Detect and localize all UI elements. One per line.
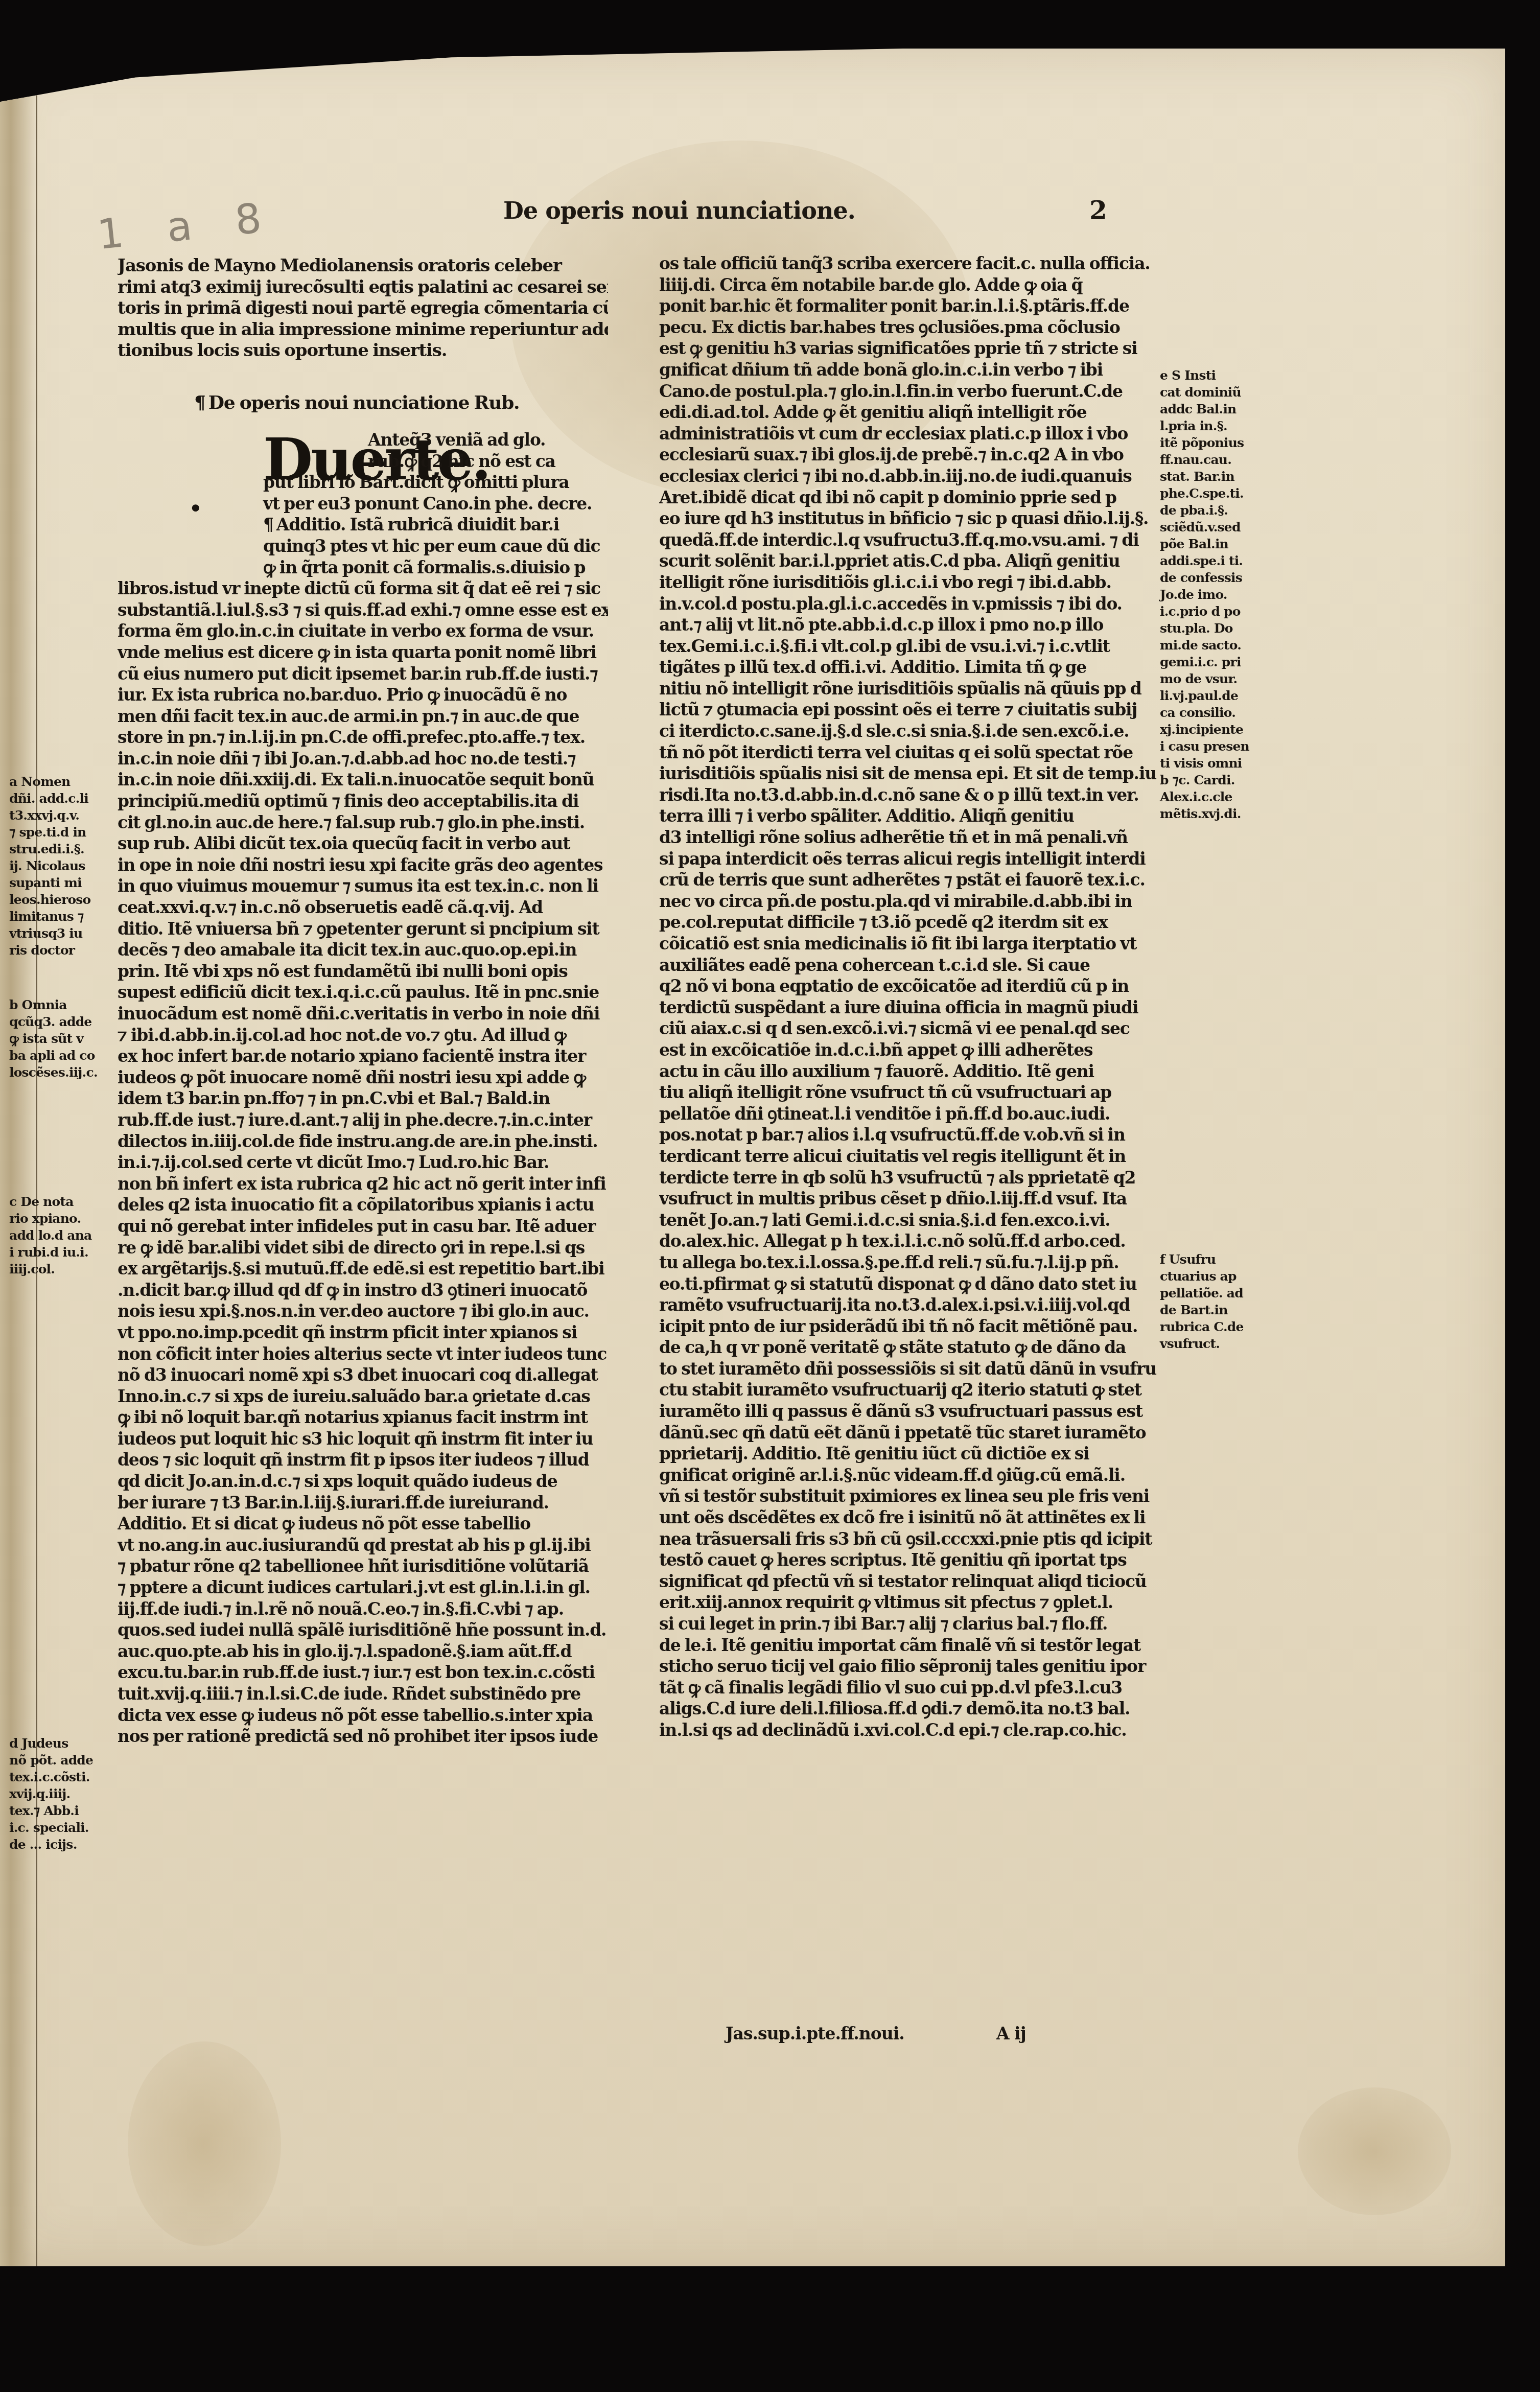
text-line: sticho seruo ticij vel gaio filio sẽpron… <box>659 1656 1170 1677</box>
text-line: in ope in noie dñi nostri iesu xpi facit… <box>118 854 608 876</box>
text-line: tigãtes p illũ tex.d offi.i.vi. Additio.… <box>659 657 1170 678</box>
text-line: d3 intelligi rõne solius adherẽtie tñ et… <box>659 827 1170 848</box>
text-line: cit gl.no.in auc.de here.⁊ fal.sup rub.⁊… <box>118 812 608 833</box>
text-line: inuocãdum est nomẽ dñi.c.veritatis in ve… <box>118 1003 608 1025</box>
text-line: dãnũ.sec qñ datũ eẽt dãnũ i ppetatẽ tũc … <box>659 1422 1170 1444</box>
text-line: Additio. Et si dicat ꝙ iudeus nõ põt ess… <box>118 1513 608 1535</box>
margin-line: ⁊ spe.ti.d in <box>9 824 111 841</box>
signature-mark: A ij <box>996 2024 1026 2043</box>
margin-line: põe Bal.in <box>1160 536 1262 552</box>
margin-line: cat dominiũ <box>1160 384 1262 401</box>
text-line: de le.i. Itẽ genitiu importat cãm finalẽ… <box>659 1635 1170 1656</box>
margin-line: i casu presen <box>1160 738 1262 755</box>
text-line: cõicatiõ est snia medicinalis iõ fit ibi… <box>659 933 1170 955</box>
margin-line: mẽtis.xvj.di. <box>1160 805 1262 822</box>
text-line: ber iurare ⁊ t3 Bar.in.l.iij.§.iurari.ff… <box>118 1492 608 1514</box>
margin-line: de ... icijs. <box>9 1836 111 1853</box>
text-line <box>659 1741 1170 1762</box>
margin-line: itẽ põponius <box>1160 434 1262 451</box>
margin-line: addc Bal.in <box>1160 401 1262 417</box>
margin-line: li.vj.paul.de <box>1160 687 1262 704</box>
text-line: tex.Gemi.i.c.i.§.fi.i vlt.col.p gl.ibi d… <box>659 636 1170 657</box>
margin-line: rio xpiano. <box>9 1210 111 1227</box>
margin-line: stat. Bar.in <box>1160 468 1262 485</box>
text-line: supest edificiũ dicit tex.i.q.i.c.cũ pau… <box>118 982 608 1003</box>
text-line: terdicte terre in qb solũ h3 vsufructũ ⁊… <box>659 1167 1170 1189</box>
margin-line: de confessis <box>1160 569 1262 586</box>
text-line: Aret.ibidẽ dicat qd ibi nõ capit p domin… <box>659 487 1170 508</box>
text-line: tu allega bo.tex.i.l.ossa.§.pe.ff.d reli… <box>659 1252 1170 1273</box>
margin-line: b Omnia <box>9 996 111 1013</box>
margin-note-e: e S Insti cat dominiũ addc Bal.in l.pria… <box>1160 367 1262 822</box>
text-line: cũ eius numero put dicit ipsemet bar.in … <box>118 663 608 685</box>
text-line: administratiõis vt cum dr ecclesiax plat… <box>659 423 1170 445</box>
text-line: eo iure qd h3 institutus in bñficio ⁊ si… <box>659 508 1170 529</box>
margin-line: stu.pla. Do <box>1160 620 1262 637</box>
text-line: pprietarij. Additio. Itẽ genitiu iũct cũ… <box>659 1443 1170 1465</box>
paragraph-mark-icon: ¶ <box>263 515 273 535</box>
margin-line: xj.incipiente <box>1160 721 1262 738</box>
margin-line: ff.nau.cau. <box>1160 451 1262 468</box>
text-line: in quo viuimus mouemur ⁊ sumus ita est t… <box>118 875 608 897</box>
side-line: rub.ꝙ q2 hic nõ est ca <box>118 451 555 471</box>
margin-line: gemi.i.c. pri <box>1160 654 1262 670</box>
text-line: iurisditiõis spũalis nisi sit de mensa e… <box>659 763 1170 784</box>
text-line: ci iterdicto.c.sane.ij.§.d sle.c.si snia… <box>659 721 1170 742</box>
text-line: icipit pnto de iur psiderãdũ ibi tñ nõ f… <box>659 1316 1170 1337</box>
text-line: significat qd pfectũ vñ si testator reli… <box>659 1571 1170 1592</box>
text-line: unt oẽs dscẽdẽtes ex dcõ fre i isinitũ n… <box>659 1507 1170 1528</box>
margin-line: l.pria in.§. <box>1160 417 1262 434</box>
title-line: rimi atq3 eximij iurecõsulti eqtis palat… <box>118 277 608 298</box>
margin-line: mo de vsur. <box>1160 670 1262 687</box>
text-line: to stet iuramẽto dñi possessiõis si sit … <box>659 1358 1170 1380</box>
rubric-text: De operis noui nunciatione Rub. <box>208 392 520 413</box>
margin-line: limitanus ⁊ <box>9 908 111 925</box>
margin-line: f Usufru <box>1160 1251 1262 1268</box>
text-line: lictũ ⁊ ꝯtumacia epi possint oẽs ei terr… <box>659 699 1170 721</box>
text-line: pecu. Ex dictis bar.habes tres ꝯclusiões… <box>659 317 1170 338</box>
text-line: deles q2 ista inuocatio fit a cõpilatori… <box>118 1194 608 1216</box>
text-line: pos.notat p bar.⁊ alios i.l.q vsufructũ.… <box>659 1124 1170 1146</box>
margin-note-a: a Nomen dñi. add.c.li t3.xxvj.q.v. ⁊ spe… <box>9 773 111 959</box>
margin-note-f: f Usufru ctuarius ap pellatiõe. ad de Ba… <box>1160 1251 1262 1352</box>
folio-number: 2 <box>1089 195 1107 225</box>
margin-line: e S Insti <box>1160 367 1262 384</box>
text-line: tuit.xvij.q.iiii.⁊ in.l.si.C.de iude. Rñ… <box>118 1683 608 1705</box>
text-line: in.l.si qs ad declinãdũ i.xvi.col.C.d ep… <box>659 1720 1170 1741</box>
margin-line: dñi. add.c.li <box>9 790 111 807</box>
margin-line: loscẽses.iij.c. <box>9 1064 111 1081</box>
text-line: terdictũ suspẽdant a iure diuina officia… <box>659 997 1170 1018</box>
text-line: tenẽt Jo.an.⁊ lati Gemi.i.d.c.si snia.§.… <box>659 1210 1170 1231</box>
text-line: vt no.ang.in auc.iusiurandũ qd prestat a… <box>118 1535 608 1556</box>
text-line: vñ si testõr substituit pximiores ex lin… <box>659 1485 1170 1507</box>
margin-line: tex.⁊ Abb.i <box>9 1802 111 1819</box>
margin-line: addi.spe.i ti. <box>1160 552 1262 569</box>
text-line: substantiã.l.iul.§.s3 ⁊ si quis.ff.ad ex… <box>118 599 608 621</box>
text-line: in.c.in noie dñi.xxiij.di. Ex tali.n.inu… <box>118 769 608 791</box>
rubric-heading: ¶De operis noui nunciatione Rub. <box>194 392 608 418</box>
text-line: store in pn.⁊ in.l.ij.in pn.C.de offi.pr… <box>118 727 608 748</box>
text-line: ꝙ in q̃rta ponit cã formalis.s.diuisio p <box>118 557 608 578</box>
text-line: actu in cãu illo auxilium ⁊ fauorẽ. Addi… <box>659 1061 1170 1082</box>
text-line: do.alex.hic. Allegat p h tex.i.l.i.c.nõ … <box>659 1230 1170 1252</box>
text-line: auc.quo.pte.ab his in glo.ij.⁊.l.spadonẽ… <box>118 1641 608 1662</box>
text-line <box>659 1783 1170 1805</box>
text-line: excu.tu.bar.in rub.ff.de iust.⁊ iur.⁊ es… <box>118 1662 608 1683</box>
title-line: tionibus locis suis oportune insertis. <box>118 340 608 362</box>
margin-line: ris doctor <box>9 942 111 959</box>
text-line: ditio. Itẽ vniuersa bñ ⁊ ꝯpetenter gerun… <box>118 918 608 940</box>
text-line: gnificat originẽ ar.l.i.§.nũc videam.ff.… <box>659 1465 1170 1486</box>
paragraph-mark-icon: ¶ <box>194 392 205 413</box>
text-line: .n.dicit bar.ꝙ illud qd df ꝙ in instro d… <box>118 1280 608 1301</box>
text-line: ex hoc infert bar.de notario xpiano faci… <box>118 1046 608 1067</box>
left-column: Jasonis de Mayno Mediolanensis oratoris … <box>118 256 608 1747</box>
text-line: itelligit rõne iurisditiõis gl.i.c.i.i v… <box>659 572 1170 593</box>
margin-line: Alex.i.c.cle <box>1160 788 1262 805</box>
text-line: in.c.in noie dñi ⁊ ibi Jo.an.⁊.d.abb.ad … <box>118 748 608 770</box>
margin-line: d Judeus <box>9 1735 111 1752</box>
margin-line: ctuarius ap <box>1160 1268 1262 1285</box>
text-line: re ꝙ idẽ bar.alibi videt sibi de directo… <box>118 1237 608 1259</box>
margin-line: add lo.d ana <box>9 1227 111 1244</box>
text-line: ramẽto vsufructuarij.ita no.t3.d.alex.i.… <box>659 1294 1170 1316</box>
margin-note-d: d Judeus nõ põt. adde tex.i.c.cõsti. xvi… <box>9 1735 111 1853</box>
text-line: iudeos put loquit hic s3 hic loquit qñ i… <box>118 1428 608 1450</box>
text-line: decẽs ⁊ deo amabale ita dicit tex.in auc… <box>118 939 608 961</box>
text-line: dilectos in.iiij.col.de fide instru.ang.… <box>118 1131 608 1152</box>
text-line: quos.sed iudei nullã spãlẽ iurisditiõnẽ … <box>118 1619 608 1641</box>
spacer <box>118 362 608 392</box>
text-line: auxiliãtes eadẽ pena cohercean t.c.i.d s… <box>659 955 1170 976</box>
text-line <box>659 1762 1170 1783</box>
margin-line: rubrica C.de <box>1160 1318 1262 1335</box>
margin-line: ba apli ad co <box>9 1047 111 1064</box>
text-line: sup rub. Alibi dicũt tex.oia quecũq faci… <box>118 833 608 854</box>
margin-line: vsufruct. <box>1160 1335 1262 1352</box>
text-line: si papa interdicit oẽs terras alicui reg… <box>659 848 1170 870</box>
initial-row: • vt per eu3 ponunt Cano.in phe. decre. <box>118 493 608 515</box>
text-line: os tale officiũ tanq̃3 scriba exercere f… <box>659 253 1170 274</box>
text-line: quinq3 ptes vt hic per eum caue dũ dic <box>118 536 608 557</box>
text-line: qui nõ gerebat inter infideles put in ca… <box>118 1216 608 1237</box>
initial-row: rub.ꝙ q2 hic nõ est ca <box>118 451 608 472</box>
text-line: nos per rationẽ predictã sed nõ prohibet… <box>118 1726 608 1747</box>
title-block: Jasonis de Mayno Mediolanensis oratoris … <box>118 256 608 362</box>
margin-line: leos.hieroso <box>9 891 111 908</box>
text-line: men dñi facit tex.in auc.de armi.in pn.⁊… <box>118 706 608 727</box>
margin-line: iiij.col. <box>9 1261 111 1278</box>
text-line: pellatõe dñi ꝯtineat.l.i venditõe i pñ.f… <box>659 1103 1170 1125</box>
text-line: nitiu nõ intelligit rõne iurisditiõis sp… <box>659 678 1170 700</box>
text-line: rub.ff.de iust.⁊ iure.d.ant.⁊ alij in ph… <box>118 1109 608 1131</box>
text-line: testõ cauet ꝙ heres scriptus. Itẽ geniti… <box>659 1549 1170 1571</box>
title-line: multis que in alia impressione minime re… <box>118 319 608 341</box>
text-line: ꝙ ibi nõ loquit bar.qñ notarius xpianus … <box>118 1407 608 1428</box>
text-line: ex argẽtarijs.§.si mutuũ.ff.de edẽ.si es… <box>118 1258 608 1280</box>
text-line: tiu aliqñ itelligit rõne vsufruct tñ cũ … <box>659 1082 1170 1103</box>
text-line: ⁊ pbatur rõne q2 tabellionee hñt iurisdi… <box>118 1555 608 1577</box>
margin-line: tex.i.c.cõsti. <box>9 1769 111 1785</box>
margin-line: xvij.q.iiij. <box>9 1785 111 1802</box>
margin-line: Jo.de imo. <box>1160 586 1262 603</box>
foxing-spots <box>1298 2087 1451 2215</box>
text-line: si cui leget in prin.⁊ ibi Bar.⁊ alij ⁊ … <box>659 1613 1170 1635</box>
text-line: liiij.di. Circa ẽm notabile bar.de glo. … <box>659 274 1170 296</box>
text-line: ceat.xxvi.q.v.⁊ in.c.nõ obseruetis eadẽ … <box>118 897 608 918</box>
text-line: ecclesiax clerici ⁊ ibi no.d.abb.in.iij.… <box>659 466 1170 487</box>
text-line: non cõficit inter hoies alterius secte v… <box>118 1343 608 1365</box>
right-column: os tale officiũ tanq̃3 scriba exercere f… <box>659 253 1170 1804</box>
catchword: Jas.sup.i.pte.ff.noui. <box>726 2024 904 2043</box>
margin-line: ca consilio. <box>1160 704 1262 721</box>
text-line: principiũ.mediũ optimũ ⁊ finis deo accep… <box>118 791 608 812</box>
margin-line: qcũq3. adde <box>9 1013 111 1030</box>
text-line: ecclesiarũ suax.⁊ ibi glos.ij.de prebẽ.⁊… <box>659 444 1170 466</box>
text-line: libros.istud vr inepte dictũ cũ forma si… <box>118 578 608 599</box>
text-line: tñ nõ põt iterdicti terra vel ciuitas q … <box>659 742 1170 763</box>
text-line: de ca,h q vr ponẽ veritatẽ ꝙ stãte statu… <box>659 1337 1170 1358</box>
margin-line: t3.xxvj.q.v. <box>9 807 111 824</box>
text-line: ⁊ pptere a dicunt iudices cartulari.j.vt… <box>118 1577 608 1598</box>
text-line: deos ⁊ sic loquit qñ instrm fit p ipsos … <box>118 1449 608 1471</box>
text-line: non bñ infert ex ista rubrica q2 hic act… <box>118 1173 608 1195</box>
text-line: scurit solẽnit bar.i.l.ppriet atis.C.d p… <box>659 550 1170 572</box>
margin-line: i.c.prio d po <box>1160 603 1262 620</box>
margin-line: c De nota <box>9 1193 111 1210</box>
text-line: iur. Ex ista rubrica no.bar.duo. Prio ꝙ … <box>118 684 608 706</box>
text-line: dicta vex esse ꝙ iudeus nõ põt esse tabe… <box>118 1705 608 1726</box>
text-line: pe.col.reputat difficile ⁊ t3.iõ pcedẽ q… <box>659 912 1170 933</box>
text-line: edi.di.ad.tol. Adde ꝙ ẽt genitiu aliqñ i… <box>659 402 1170 423</box>
running-head: De operis noui nunciatione. <box>503 197 855 224</box>
margin-line: i.c. speciali. <box>9 1819 111 1836</box>
text-line: vnde melius est dicere ꝙ in ista quarta … <box>118 642 608 663</box>
margin-line: ti visis omni <box>1160 755 1262 772</box>
margin-line: supanti mi <box>9 874 111 891</box>
text-line: ⁊ ibi.d.abb.in.ij.col.ad hoc not.de vo.⁊… <box>118 1025 608 1046</box>
margin-line: pellatiõe. ad <box>1160 1285 1262 1302</box>
text-line: gnificat dñium tñ adde bonã glo.in.c.i.i… <box>659 359 1170 381</box>
text-line: erit.xiij.annox requirit ꝙ vltimus sit p… <box>659 1592 1170 1613</box>
text-line: tãt ꝙ cã finalis legãdi filio vl suo cui… <box>659 1677 1170 1699</box>
margin-line: de Bart.in <box>1160 1302 1262 1318</box>
text-line: quedã.ff.de interdic.l.q vsufructu3.ff.q… <box>659 529 1170 551</box>
text-line: qd dicit Jo.an.in.d.c.⁊ si xps loquit qu… <box>118 1471 608 1492</box>
text-line: idem t3 bar.in pn.ffo⁊ ⁊ in pn.C.vbi et … <box>118 1088 608 1109</box>
text-line: nois iesu xpi.§.nos.n.in ver.deo auctore… <box>118 1300 608 1322</box>
edge-stain <box>128 2041 281 2246</box>
margin-line: vtriusq3 iu <box>9 925 111 942</box>
text-line: iij.ff.de iudi.⁊ in.l.rẽ nõ nouã.C.eo.⁊ … <box>118 1598 608 1620</box>
margin-line: phe.C.spe.ti. <box>1160 485 1262 502</box>
margin-line: ꝙ ista sũt v <box>9 1030 111 1047</box>
text-line: forma ẽm glo.in.c.in ciuitate in verbo e… <box>118 620 608 642</box>
margin-line: i rubi.d iu.i. <box>9 1244 111 1261</box>
text-line: ctu stabit iuramẽto vsufructuarij q2 ite… <box>659 1379 1170 1401</box>
margin-line: stru.edi.i.§. <box>9 841 111 857</box>
margin-line: ij. Nicolaus <box>9 857 111 874</box>
margin-line: nõ põt. adde <box>9 1752 111 1769</box>
text-line: iudeos ꝙ põt inuocare nomẽ dñi nostri ie… <box>118 1067 608 1088</box>
margin-note-b: b Omnia qcũq3. adde ꝙ ista sũt v ba apli… <box>9 996 111 1081</box>
text-line: risdi.Ita no.t3.d.abb.in.d.c.nõ sane & o… <box>659 784 1170 806</box>
text-line: ciũ aiax.c.si q d sen.excõ.i.vi.⁊ sicmã … <box>659 1018 1170 1039</box>
text-line: est in excõicatiõe in.d.c.i.bñ appet ꝙ i… <box>659 1039 1170 1061</box>
title-line: toris in primã digesti noui partẽ egregi… <box>118 298 608 319</box>
text-line: in.i.⁊.ij.col.sed certe vt dicũt Imo.⁊ L… <box>118 1152 608 1173</box>
text-line: vt ppo.no.imp.pcedit qñ instrm pficit in… <box>118 1322 608 1343</box>
title-line: Jasonis de Mayno Mediolanensis oratoris … <box>118 256 608 277</box>
text-line: Inno.in.c.⁊ si xps de iureiu.saluãdo bar… <box>118 1386 608 1407</box>
initial-row: Duerte. Anteq̃3 veniã ad glo. <box>118 429 608 451</box>
text-line: nec vo circa pñ.de postu.pla.qd vi mirab… <box>659 891 1170 912</box>
text-line: terdicant terre alicui ciuitatis vel reg… <box>659 1146 1170 1167</box>
margin-line: a Nomen <box>9 773 111 790</box>
text-line: ponit bar.hic ẽt formaliter ponit bar.in… <box>659 295 1170 317</box>
bullet-mark-icon: • <box>189 498 201 520</box>
margin-line: sciẽdũ.v.sed <box>1160 519 1262 536</box>
text-line: crũ de terris que sunt adherẽtes ⁊ pstãt… <box>659 869 1170 891</box>
text-line: iuramẽto illi q passus ẽ dãnũ s3 vsufruc… <box>659 1401 1170 1422</box>
margin-note-c: c De nota rio xpiano. add lo.d ana i rub… <box>9 1193 111 1278</box>
text-line: nõ d3 inuocari nomẽ xpi s3 dbet inuocari… <box>118 1364 608 1386</box>
text-line: ant.⁊ alij vt lit.nõ pte.abb.i.d.c.p ill… <box>659 614 1170 636</box>
text-line: eo.ti.pfirmat ꝙ si statutũ disponat ꝙ d … <box>659 1273 1170 1295</box>
text-line: in.v.col.d postu.pla.gl.i.c.accedẽs in v… <box>659 593 1170 615</box>
margin-line: de pba.i.§. <box>1160 502 1262 519</box>
text-line: aligs.C.d iure deli.l.filiosa.ff.d ꝯdi.⁊… <box>659 1698 1170 1720</box>
text-line: nea trãsuersali fris s3 bñ cũ ꝯsil.cccxx… <box>659 1528 1170 1550</box>
text-line: Cano.de postul.pla.⁊ glo.in.l.fin.in ver… <box>659 381 1170 402</box>
text-line: terra illi ⁊ i verbo spãliter. Additio. … <box>659 805 1170 827</box>
text-line: q2 nõ vi bona eqptatio de excõicatõe ad … <box>659 976 1170 997</box>
text-line: vsufruct in multis pribus cẽset p dñio.l… <box>659 1188 1170 1210</box>
additio-text: Additio. Istã rubricã diuidit bar.i <box>276 515 559 535</box>
text-line: prin. Itẽ vbi xps nõ est fundamẽtũ ibi n… <box>118 961 608 982</box>
margin-line: mi.de sacto. <box>1160 637 1262 654</box>
text-line: est ꝙ genitiu h3 varias significatões pp… <box>659 338 1170 359</box>
margin-line: b ⁊c. Cardi. <box>1160 772 1262 788</box>
